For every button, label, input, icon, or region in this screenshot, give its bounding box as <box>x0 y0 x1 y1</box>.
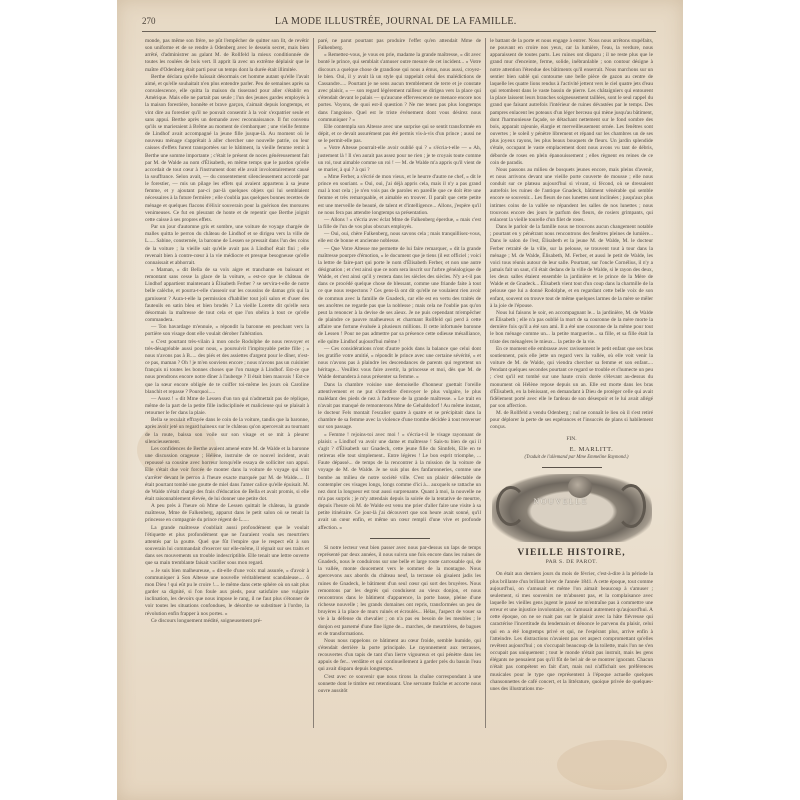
paragraph: — Oui, oui, chère Falkenberg, nous savon… <box>318 231 481 245</box>
column-1: monde, pas même son frère, ne pût l'empê… <box>141 38 313 728</box>
page-number: 270 <box>142 16 156 26</box>
paragraph: Ce discours longuement médité, soigneuse… <box>145 618 309 625</box>
paragraph: M. de Rollfeld a vendu Odenberg ; nul ne… <box>490 410 653 431</box>
paragraph: Bella se reculait effrayée dans le coin … <box>145 417 309 446</box>
paragraph: Nous passons au milieu de bosquets jeune… <box>490 167 653 224</box>
paragraph: « Votre Altesse pourrait-elle avoir oubl… <box>318 145 481 174</box>
translator-note: (Traduit de l'allemand par Mme Emmeline … <box>500 454 653 461</box>
paragraph: « C'est pourtant très-vilain à mon oncle… <box>145 339 309 396</box>
journal-title: LA MODE ILLUSTRÉE, JOURNAL DE LA FAMILLE… <box>156 16 657 27</box>
text-columns: monde, pas même son frère, ne pût l'empê… <box>141 38 659 728</box>
paragraph: On était aux derniers jours du mois de f… <box>490 571 653 693</box>
section-divider <box>370 538 430 539</box>
cherub-ornament-icon <box>568 476 592 498</box>
paragraph: En ce moment elle embrasse avec ravissem… <box>490 346 653 410</box>
paragraph: « Remettez-vous, je vous en prie, madame… <box>318 52 481 124</box>
paragraph: « Femme ! rejoins-toi avec moi ! » s'écr… <box>318 432 481 532</box>
paragraph: La grande maîtresse s'oubliait aussi pro… <box>145 525 309 568</box>
paragraph: Nous nous rappelons ce bâtiment au cœur … <box>318 638 481 674</box>
story-author: PAR S. DE PAROT. <box>490 559 653 566</box>
paragraph: A peu près à l'heure où Mme de Lessen qu… <box>145 503 309 524</box>
paragraph: monde, pas même son frère, ne pût l'empê… <box>145 38 309 74</box>
ornament-scroll-icon <box>496 486 526 526</box>
paragraph: paré, ne parut pourtant pas produire l'e… <box>318 38 481 52</box>
page-header: 270 LA MODE ILLUSTRÉE, JOURNAL DE LA FAM… <box>142 14 656 32</box>
column-3: le battant de la porte et nous engage à … <box>485 38 657 728</box>
paragraph: Berthe déclara qu'elle haïssait désormai… <box>145 74 309 224</box>
paper-stain <box>557 740 667 790</box>
paragraph: « Maman, » dit Bella de sa voix aigre et… <box>145 267 309 324</box>
paragraph: — Ces considérations n'ont d'autre poids… <box>318 346 481 382</box>
paragraph: Par un jour d'automne gris et sombre, un… <box>145 224 309 267</box>
paragraph: — Que Votre Altesse me permette de lui f… <box>318 246 481 346</box>
ornament-scroll-icon <box>616 484 646 528</box>
column-2: paré, ne parut pourtant pas produire l'e… <box>313 38 485 728</box>
nouvelle-vignette-illustration: NOUVELLE <box>492 474 652 542</box>
paragraph: — Assez ! » dit Mme de Lessen d'un ton q… <box>145 396 309 417</box>
fin-label: FIN. <box>490 436 653 443</box>
paragraph: Dans le parloir de la famille nous ne tr… <box>490 224 653 310</box>
paragraph: Elle contempla son Altesse avec une surp… <box>318 124 481 145</box>
paragraph: « Mme Ferber, a s'écrié de mon vieux, et… <box>318 174 481 217</box>
paragraph: le battant de la porte et nous engage à … <box>490 38 653 167</box>
paragraph: Si notre lecteur veut bien passer avec n… <box>318 545 481 638</box>
paragraph: Dans la chambre voisine une demoiselle d… <box>318 382 481 432</box>
paragraph: — Allons ! » s'écria avec éclat Mme de F… <box>318 217 481 231</box>
section-divider <box>542 467 602 468</box>
story-title: VIEILLE HISTOIRE, <box>490 550 653 557</box>
scanned-page: 270 LA MODE ILLUSTRÉE, JOURNAL DE LA FAM… <box>117 0 683 800</box>
paragraph: « Je suis bien malheureuse, » dit-elle d… <box>145 568 309 618</box>
vignette-label: NOUVELLE <box>534 498 589 505</box>
author-signature: E. MARLITT. <box>530 446 653 453</box>
paragraph: Les confidences de Berthe avaient amené … <box>145 446 309 503</box>
paragraph: Nous lui faisons le soir, en accompagnan… <box>490 310 653 346</box>
paragraph: C'est avec ce souvenir que nous tirons l… <box>318 674 481 695</box>
paragraph: — Ton bavardage m'ennuie, » répondit la … <box>145 324 309 338</box>
